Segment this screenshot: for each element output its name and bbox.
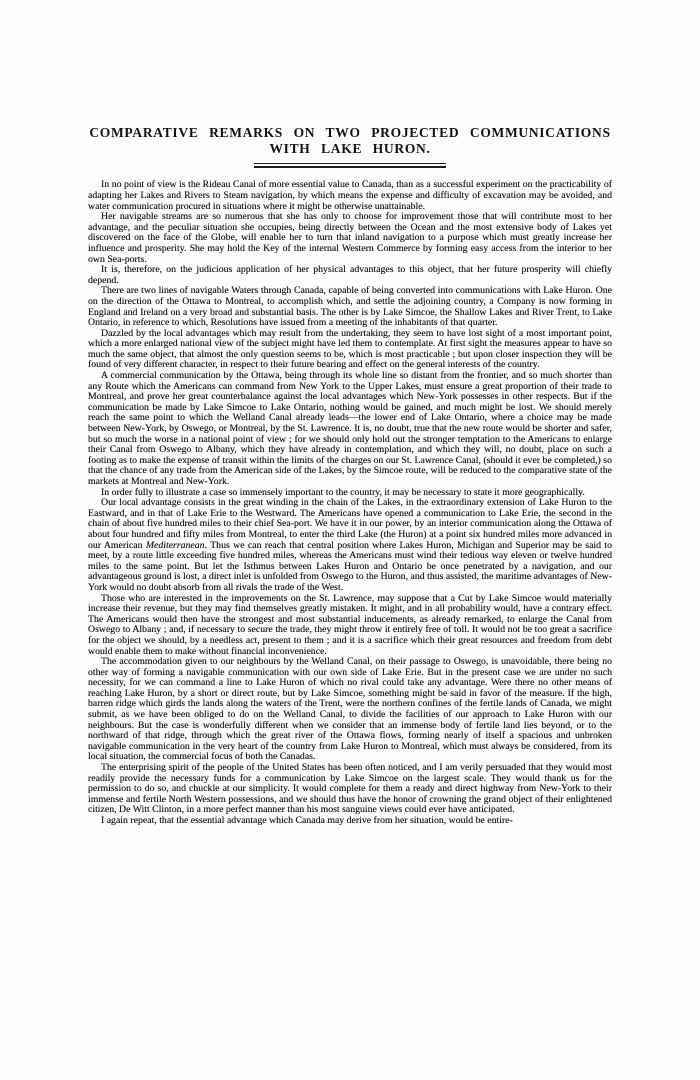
paragraph-5: Dazzled by the local advantages which ma… [88, 329, 612, 371]
paragraph-11: The enterprising spirit of the people of… [88, 763, 612, 816]
paragraph-6: A commercial communication by the Ottawa… [88, 371, 612, 488]
divider-thick-rule [254, 166, 446, 169]
document-page: COMPARATIVE REMARKS ON TWO PROJECTED COM… [0, 0, 700, 1080]
paragraph-3: It is, therefore, on the judicious appli… [88, 265, 612, 286]
page-title: COMPARATIVE REMARKS ON TWO PROJECTED COM… [0, 125, 700, 156]
paragraph-10: The accommodation given to our neighbour… [88, 657, 612, 763]
paragraph-9: Those who are interested in the improvem… [88, 594, 612, 658]
page-title-line-1: COMPARATIVE REMARKS ON TWO PROJECTED COM… [0, 125, 700, 141]
paragraph-8-italic-term: Mediterranean [146, 540, 205, 551]
document-header: COMPARATIVE REMARKS ON TWO PROJECTED COM… [0, 0, 700, 168]
divider-thin-rule [254, 163, 446, 164]
paragraph-1: In no point of view is the Rideau Canal … [88, 180, 612, 212]
paragraph-8: Our local advantage consists in the grea… [88, 498, 612, 593]
paragraph-12: I again repeat, that the essential advan… [88, 816, 612, 827]
paragraph-2: Her navigable streams are so numerous th… [88, 212, 612, 265]
title-divider [254, 163, 446, 168]
page-title-line-2: WITH LAKE HURON. [0, 141, 700, 157]
document-body: In no point of view is the Rideau Canal … [88, 180, 612, 826]
paragraph-4: There are two lines of navigable Waters … [88, 286, 612, 328]
